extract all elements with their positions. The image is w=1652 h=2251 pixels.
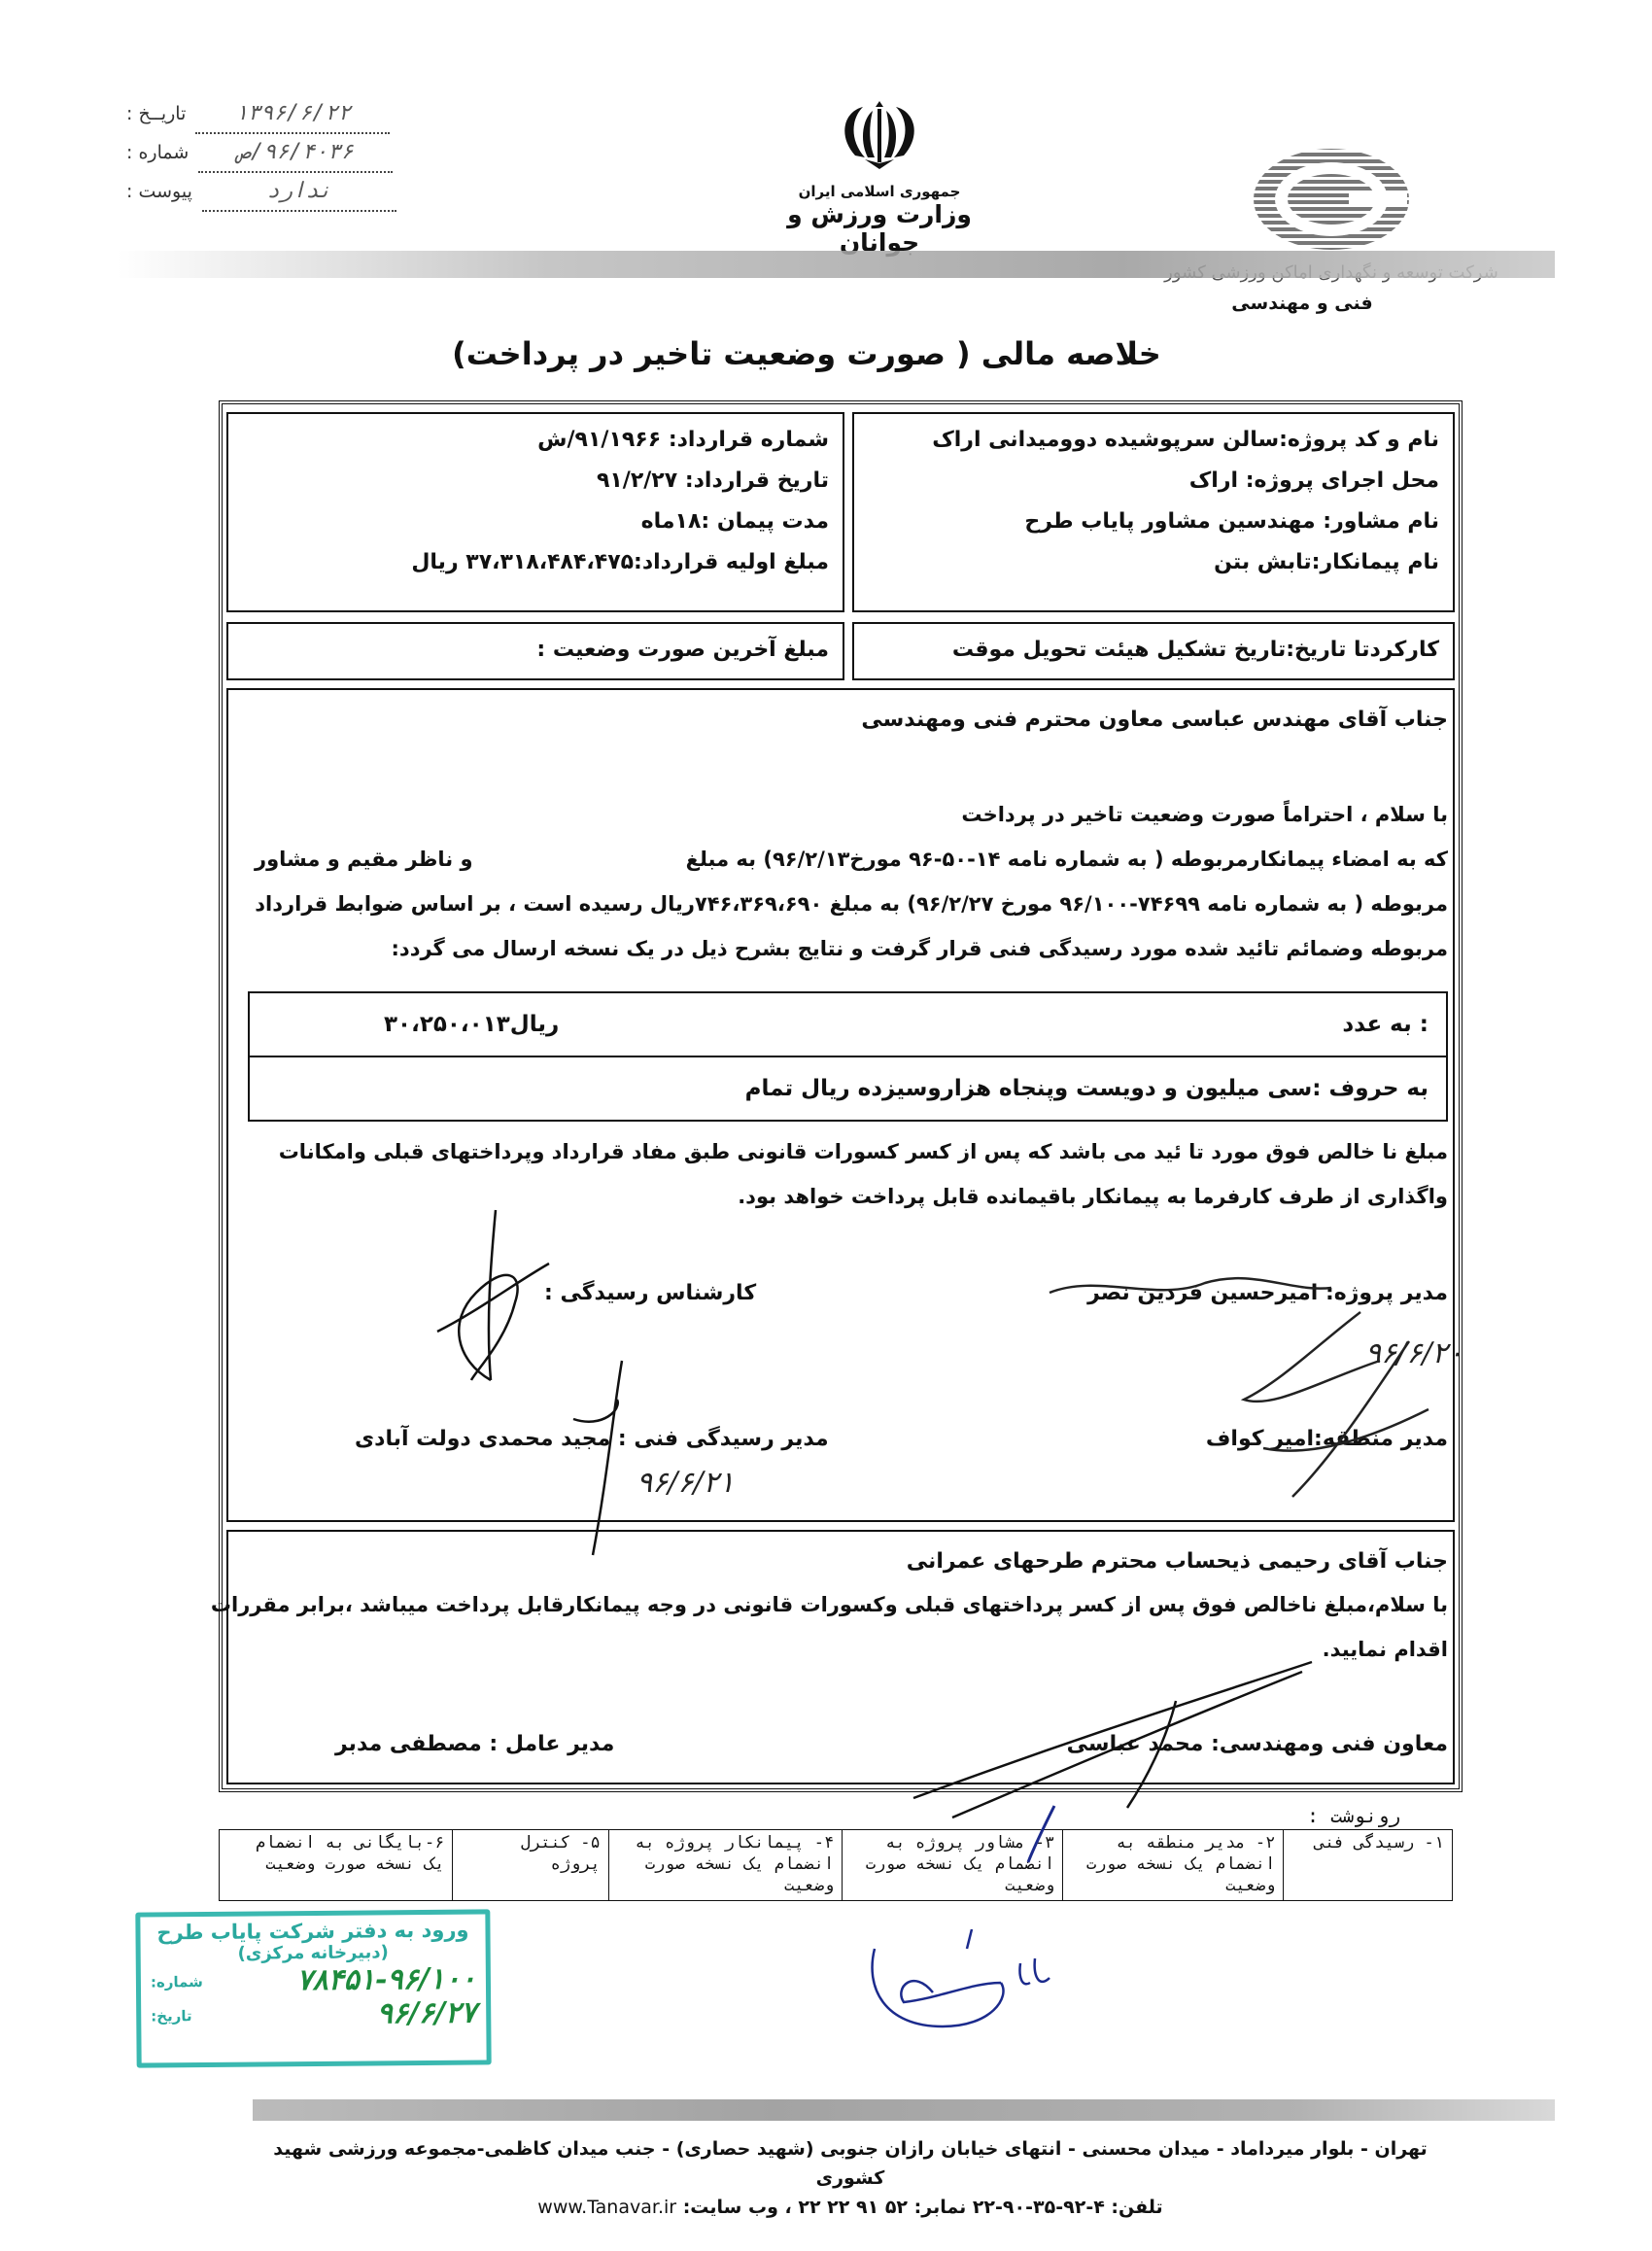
stamp-date-label: تاریخ: <box>151 2007 191 2025</box>
copies-table: ۱- رسیدگی فنی ۲- مدیر منطقه به انضمام یک… <box>219 1829 1453 1901</box>
stamp-title: ورود به دفتر شرکت پایاب طرح <box>140 1918 485 1944</box>
copy-item: ۵- کنترل پروژه <box>453 1830 608 1901</box>
meta-number-row: شماره : ۹۶/۴۰۳۶/ص <box>126 134 534 173</box>
project-location: محل اجرای پروژه: اراک <box>868 461 1439 502</box>
stamp-number-value: ۷۸۴۵۱-۹۶/۱۰۰ <box>296 1962 476 1998</box>
stamp-date-value: ۹۶/۶/۲۷ <box>377 1996 477 2031</box>
letter1-line-2: که به امضاء پیمانکارمربوطه ( به شماره نا… <box>686 837 1448 882</box>
letter-meta: تاریــخ : ۱۳۹۶/۶/۲۲ شماره : ۹۶/۴۰۳۶/ص پی… <box>126 95 534 212</box>
meta-number-value: ۹۶/۴۰۳۶/ص <box>198 134 393 173</box>
deputy-scribble-icon <box>855 1643 1322 1827</box>
footer-contact: تلفن: ۴-۹۲-۳۵-۹۰-۲۲ نمابر: ۵۲ ۹۱ ۲۲ ۲۲ ،… <box>683 2197 1163 2218</box>
company-logo-icon <box>1252 146 1412 253</box>
received-stamp: ورود به دفتر شرکت پایاب طرح (دبیرخانه مر… <box>135 1909 491 2067</box>
handwritten-signature-icon <box>855 1929 1069 2036</box>
contract-initial-amount: مبلغ اولیه قرارداد:۳۷،۳۱۸،۴۸۴،۴۷۵ ریال <box>242 542 829 583</box>
copy-item: ۴- پیمانکار پروژه به انضمام یک نسخه صورت… <box>608 1830 842 1901</box>
amount-digits-value: ۳۰،۲۵۰،۰۱۳ریال <box>384 1012 559 1037</box>
meta-attachment-row: پیوست : ندارد <box>126 173 534 212</box>
copies-label: رونوشت : <box>1307 1804 1400 1827</box>
stamp-number-row: شماره: ۷۸۴۵۱-۹۶/۱۰۰ <box>141 1961 486 1998</box>
project-manager-scribble-icon <box>1040 1254 1448 1516</box>
ministry-header: جمهوری اسلامی ایران وزارت ورزش و جوانان <box>748 97 1011 257</box>
letter1-line-2b: و ناظر مقیم و مشاور <box>255 837 473 882</box>
contract-date: تاریخ قرارداد: ۹۱/۲/۲۷ <box>242 461 829 502</box>
letter2-line-1: با سلام،مبلغ ناخالص فوق پس از کسر پرداخت… <box>211 1582 1448 1627</box>
technical-manager-scribble-icon <box>564 1361 680 1555</box>
ministry-name: وزارت ورزش و جوانان <box>748 200 1011 257</box>
meta-number-label: شماره : <box>126 134 189 171</box>
header-band-divider <box>117 251 1555 278</box>
last-statement-amount: مبلغ آخرین صورت وضعیت : <box>242 630 829 671</box>
meta-attachment-label: پیوست : <box>126 173 192 210</box>
letter1-addressee: جناب آقای مهندس عباسی معاون محترم فنی وم… <box>861 698 1448 743</box>
footer-address: تهران - بلوار میرداماد - میدان محسنی - ا… <box>243 2134 1458 2193</box>
letter1-line-3: مربوطه ( به شماره نامه ۷۴۶۹۹-۹۶/۱۰۰ مورخ… <box>255 882 1448 926</box>
blue-pen-mark-icon <box>1020 1806 1059 1864</box>
stamp-number-label: شماره: <box>151 1972 203 1990</box>
footer-band-divider <box>253 2099 1555 2121</box>
iran-emblem-icon <box>836 97 923 175</box>
meta-attachment-value: ندارد <box>202 173 396 212</box>
meta-date-label: تاریــخ : <box>126 95 186 132</box>
ministry-country: جمهوری اسلامی ایران <box>748 183 1011 200</box>
last-statement-box: مبلغ آخرین صورت وضعیت : <box>226 622 844 680</box>
amount-digits-label: به عدد : <box>1342 1012 1428 1037</box>
copy-item: ۱- رسیدگی فنی <box>1284 1830 1453 1901</box>
amount-words: به حروف :سی میلیون و دویست وپنجاه هزاروس… <box>745 1076 1428 1101</box>
work-until-box: کارکردتا تاریخ:تاریخ تشکیل هیئت تحویل مو… <box>852 622 1455 680</box>
company-header: شرکت توسعه و نگهداری اماکن ورزشی کشور فن… <box>1118 146 1545 314</box>
footer: تهران - بلوار میرداماد - میدان محسنی - ا… <box>243 2134 1458 2222</box>
company-department: فنی و مهندسی <box>1118 293 1487 314</box>
meta-date-value: ۱۳۹۶/۶/۲۲ <box>195 95 390 134</box>
contract-number: شماره قرارداد: ۹۱/۱۹۶۶/ش <box>242 420 829 461</box>
project-contractor: نام پیمانکار:تابش بتن <box>868 542 1439 583</box>
letter2-line-2: اقدام نمایید. <box>1323 1627 1448 1672</box>
letter1-line-1: با سلام ، احتراماً صورت وضعیت تاخیر در پ… <box>961 792 1448 837</box>
copies-row: ۱- رسیدگی فنی ۲- مدیر منطقه به انضمام یک… <box>220 1830 1453 1901</box>
review-expert-signature: کارشناس رسیدگی : <box>544 1281 756 1305</box>
letter1-closing-2: واگذاری از طرف کارفرما به پیمانکار باقیم… <box>738 1174 1448 1219</box>
letter1-closing-1: مبلغ نا خالص فوق مورد تا ئید می باشد که … <box>279 1129 1448 1174</box>
contract-info-box: شماره قرارداد: ۹۱/۱۹۶۶/ش تاریخ قرارداد: … <box>226 412 844 612</box>
stamp-date-row: تاریخ: ۹۶/۶/۲۷ <box>141 1995 486 2032</box>
letter2-addressee: جناب آقای رحیمی ذیحساب محترم طرحهای عمرا… <box>907 1540 1448 1584</box>
ceo-signature: مدیر عامل : مصطفی مدبر <box>335 1732 614 1756</box>
meta-date-row: تاریــخ : ۱۳۹۶/۶/۲۲ <box>126 95 534 134</box>
amount-words-row: به حروف :سی میلیون و دویست وپنجاه هزاروس… <box>250 1057 1446 1120</box>
copy-item: ۲- مدیر منطقه به انضمام یک نسخه صورت وضع… <box>1063 1830 1284 1901</box>
contract-duration: مدت پیمان :۱۸ماه <box>242 502 829 542</box>
work-until: کارکردتا تاریخ:تاریخ تشکیل هیئت تحویل مو… <box>868 630 1439 671</box>
amount-box: به عدد : ۳۰،۲۵۰،۰۱۳ریال به حروف :سی میلی… <box>248 991 1448 1122</box>
footer-website-link[interactable]: www.Tanavar.ir <box>537 2197 676 2218</box>
amount-digits-row: به عدد : ۳۰،۲۵۰،۰۱۳ریال <box>250 993 1446 1057</box>
handwritten-note: پایاب طرح <box>855 1929 1069 2036</box>
project-info-box: نام و کد پروژه:سالن سرپوشیده دوومیدانی ا… <box>852 412 1455 612</box>
project-consultant: نام مشاور: مهندسین مشاور پایاب طرح <box>868 502 1439 542</box>
letter1-line-4: مربوطه وضمائم تائید شده مورد رسیدگی فنی … <box>392 926 1448 971</box>
document-title: خلاصه مالی ( صورت وضعیت تاخیر در پرداخت) <box>369 335 1244 372</box>
copy-item: ۶-بایگانی به انضمام یک نسخه صورت وضعیت <box>220 1830 453 1901</box>
review-expert-scribble-icon <box>418 1205 573 1400</box>
project-name: نام و کد پروژه:سالن سرپوشیده دوومیدانی ا… <box>868 420 1439 461</box>
